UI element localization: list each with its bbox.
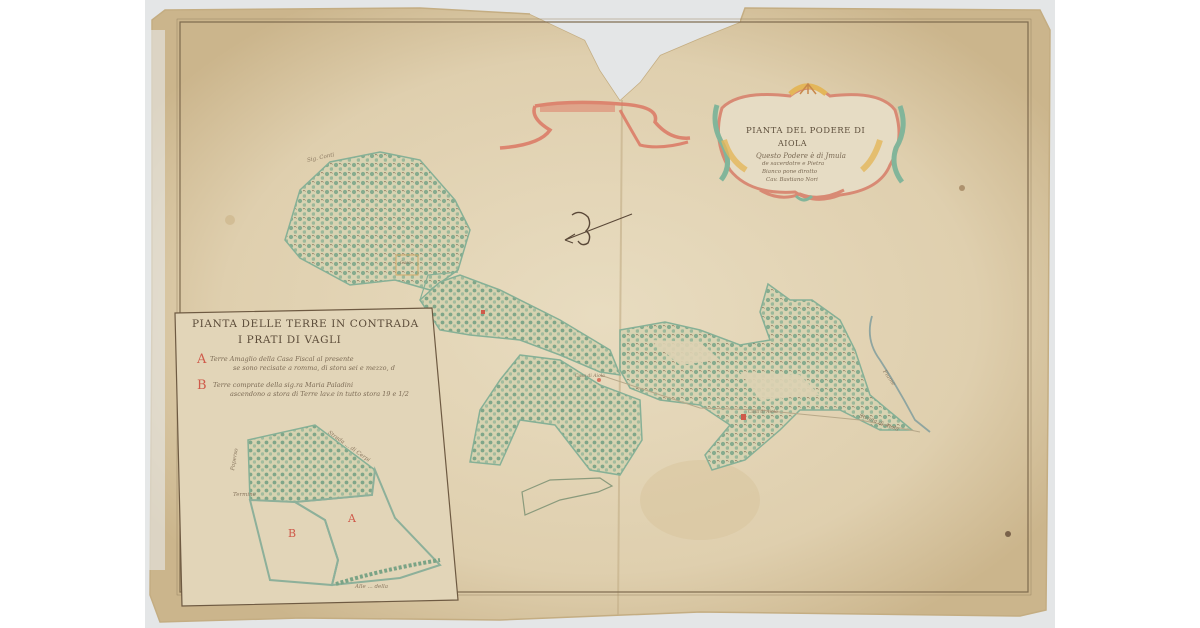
legend-text: se sono recisate a romma, di stora sei e… [233, 364, 395, 372]
parcel-label-a: A [348, 512, 356, 525]
inset-title: PIANTA DELLE TERRE IN CONTRADA [192, 318, 419, 330]
place-label: Casa [400, 261, 411, 266]
cartouche-text-line: Cav. Bastiano Nori [766, 177, 818, 183]
cartouche-text-line: Bianco pone dirotto [762, 169, 817, 175]
place-label: Casa di Aiola [748, 410, 778, 415]
cartouche-text-line: Questo Podere è di Jmula [756, 152, 846, 160]
map-drawing [0, 0, 1200, 628]
legend-text: ascendono a stora di Terre lav.e in tutt… [230, 390, 409, 398]
inset-bottom-label: Alle ... della [355, 584, 388, 590]
legend-key-b: B [197, 378, 207, 393]
legend-key-a: A [197, 352, 206, 367]
house-marker-icon [481, 310, 485, 314]
house-marker-icon [741, 414, 746, 420]
inset-boundary-marker: Termine [233, 492, 256, 498]
inset-subtitle: I PRATI DI VAGLI [238, 334, 341, 346]
legend-text: Terre Amaglio della Casa Fiscal al prese… [210, 355, 354, 363]
cartouche-subtitle: AIOLA [778, 139, 807, 148]
cartouche-title: PIANTA DEL PODERE DI [746, 126, 865, 136]
parcel-label-b: B [288, 527, 296, 540]
place-label: Casa di Aiola [575, 374, 605, 379]
map-image: PIANTA DEL PODERE DI AIOLA Questo Podere… [0, 0, 1200, 628]
cartouche-text-line: de sacerdotre e Pietra [762, 161, 824, 167]
legend-text: Terre comprate della sig.ra Maria Paladi… [213, 381, 353, 389]
